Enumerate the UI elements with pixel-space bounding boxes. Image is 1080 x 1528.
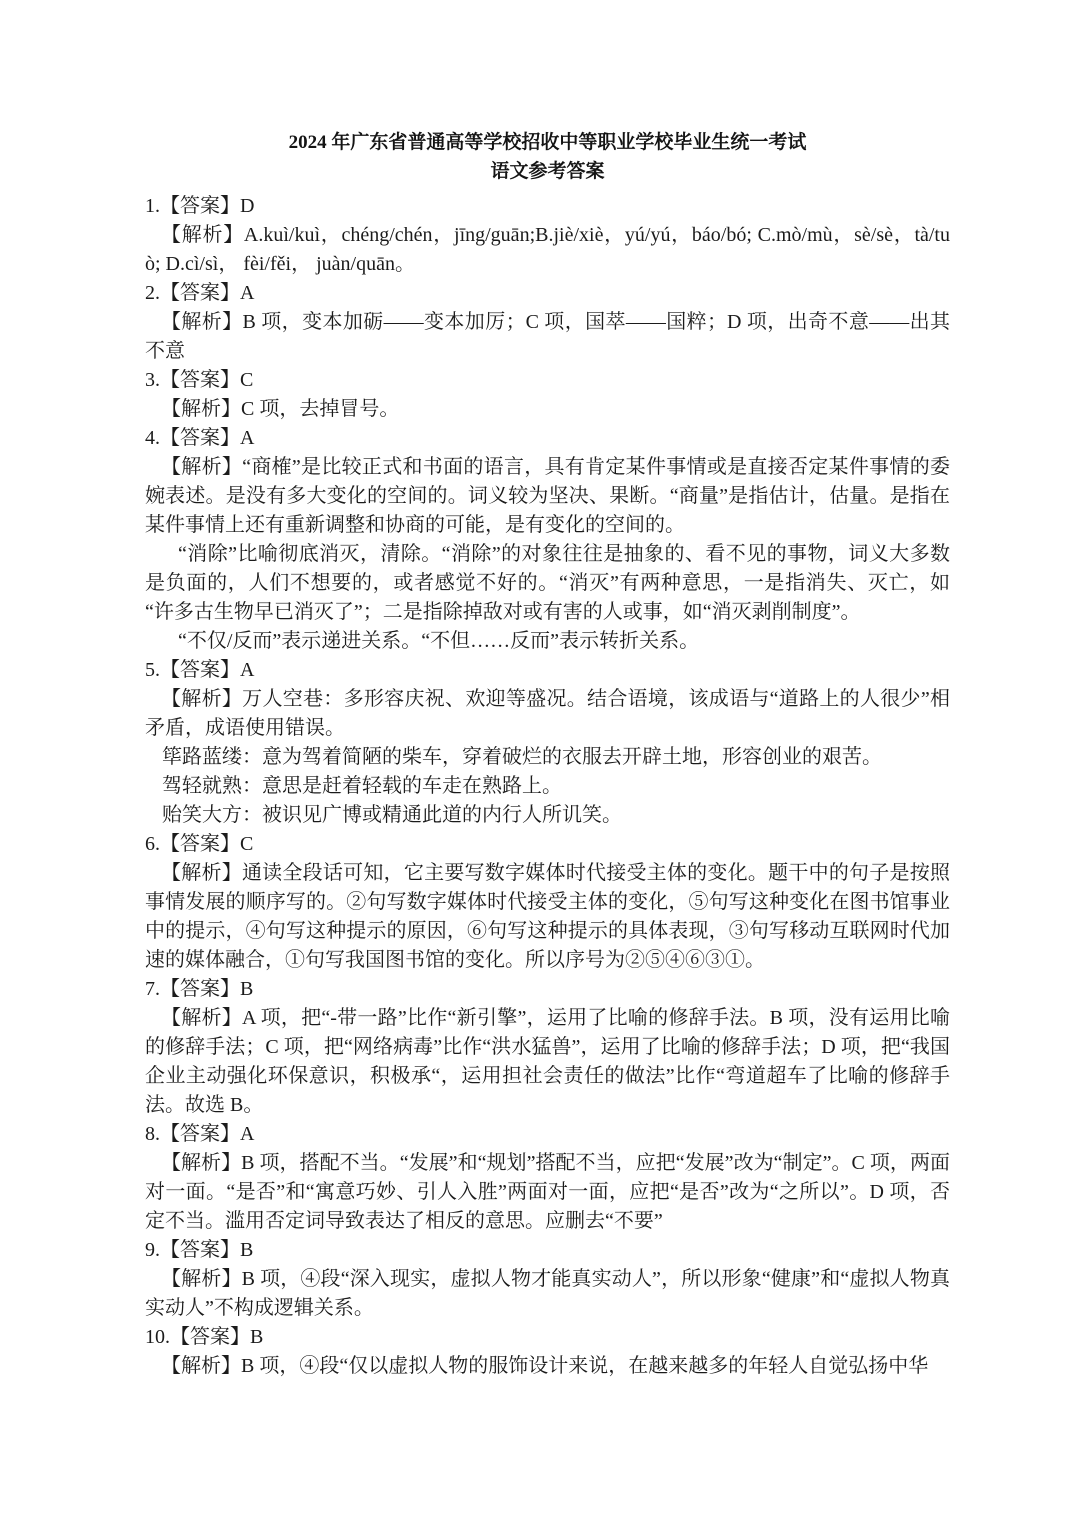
question-3: 3.【答案】C 【解析】C 项，去掉冒号。 [145, 366, 950, 424]
idiom-definition: 驾轻就熟：意思是赶着轻载的车走在熟路上。 [145, 772, 950, 801]
question-8: 8.【答案】A 【解析】B 项，搭配不当。“发展”和“规划”搭配不当，应把“发展… [145, 1120, 950, 1236]
question-9: 9.【答案】B 【解析】B 项，④段“深入现实，虚拟人物才能真实动人”，所以形象… [145, 1236, 950, 1323]
analysis-paragraph: 【解析】B 项，④段“深入现实，虚拟人物才能真实动人”，所以形象“健康”和“虚拟… [145, 1265, 950, 1323]
question-2: 2.【答案】A 【解析】B 项，变本加砺——变本加厉；C 项，国萃——国粹；D … [145, 279, 950, 366]
analysis-paragraph: 【解析】B 项，④段“仅以虚拟人物的服饰设计来说，在越来越多的年轻人自觉弘扬中华 [145, 1352, 950, 1381]
answer-line: 10.【答案】B [145, 1323, 950, 1352]
analysis-paragraph: 【解析】A.kuì/kuì，chéng/chén，jīng/guān;B.jiè… [145, 221, 950, 279]
idiom-definition: 贻笑大方：被识见广博或精通此道的内行人所讥笑。 [145, 801, 950, 830]
question-6: 6.【答案】C 【解析】通读全段话可知，它主要写数字媒体时代接受主体的变化。题干… [145, 830, 950, 975]
answer-line: 1.【答案】D [145, 192, 950, 221]
answer-line: 8.【答案】A [145, 1120, 950, 1149]
answer-line: 9.【答案】B [145, 1236, 950, 1265]
answer-line: 4.【答案】A [145, 424, 950, 453]
answer-line: 5.【答案】A [145, 656, 950, 685]
question-1: 1.【答案】D 【解析】A.kuì/kuì，chéng/chén，jīng/gu… [145, 192, 950, 279]
answer-sheet-page: 2024 年广东省普通高等学校招收中等职业学校毕业生统一考试 语文参考答案 1.… [0, 0, 1080, 1528]
analysis-paragraph: 【解析】C 项，去掉冒号。 [145, 395, 950, 424]
question-4: 4.【答案】A 【解析】“商榷”是比较正式和书面的语言，具有肯定某件事情或是直接… [145, 424, 950, 656]
exam-title: 2024 年广东省普通高等学校招收中等职业学校毕业生统一考试 [145, 128, 950, 157]
doc-header: 2024 年广东省普通高等学校招收中等职业学校毕业生统一考试 语文参考答案 [145, 128, 950, 186]
analysis-paragraph: 【解析】通读全段话可知，它主要写数字媒体时代接受主体的变化。题干中的句子是按照事… [145, 859, 950, 975]
analysis-paragraph: 【解析】A 项，把“-带一路”比作“新引擎”，运用了比喻的修辞手法。B 项，没有… [145, 1004, 950, 1120]
answer-line: 2.【答案】A [145, 279, 950, 308]
analysis-subparagraph: “不仅/反而”表示递进关系。“不但……反而”表示转折关系。 [145, 627, 950, 656]
analysis-paragraph: 【解析】“商榷”是比较正式和书面的语言，具有肯定某件事情或是直接否定某件事情的委… [145, 453, 950, 540]
question-7: 7.【答案】B 【解析】A 项，把“-带一路”比作“新引擎”，运用了比喻的修辞手… [145, 975, 950, 1120]
analysis-paragraph: 【解析】B 项，变本加砺——变本加厉；C 项，国萃——国粹；D 项，出奇不意——… [145, 308, 950, 366]
analysis-subparagraph: “消除”比喻彻底消灭，清除。“消除”的对象往往是抽象的、看不见的事物，词义大多数… [145, 540, 950, 627]
analysis-paragraph: 【解析】万人空巷：多形容庆祝、欢迎等盛况。结合语境，该成语与“道路上的人很少”相… [145, 685, 950, 743]
analysis-paragraph: 【解析】B 项，搭配不当。“发展”和“规划”搭配不当，应把“发展”改为“制定”。… [145, 1149, 950, 1236]
idiom-definition: 筚路蓝缕：意为驾着简陋的柴车，穿着破烂的衣服去开辟土地，形容创业的艰苦。 [145, 743, 950, 772]
question-10: 10.【答案】B 【解析】B 项，④段“仅以虚拟人物的服饰设计来说，在越来越多的… [145, 1323, 950, 1381]
answer-line: 6.【答案】C [145, 830, 950, 859]
question-5: 5.【答案】A 【解析】万人空巷：多形容庆祝、欢迎等盛况。结合语境，该成语与“道… [145, 656, 950, 830]
answer-line: 7.【答案】B [145, 975, 950, 1004]
answer-line: 3.【答案】C [145, 366, 950, 395]
exam-subtitle: 语文参考答案 [145, 157, 950, 186]
